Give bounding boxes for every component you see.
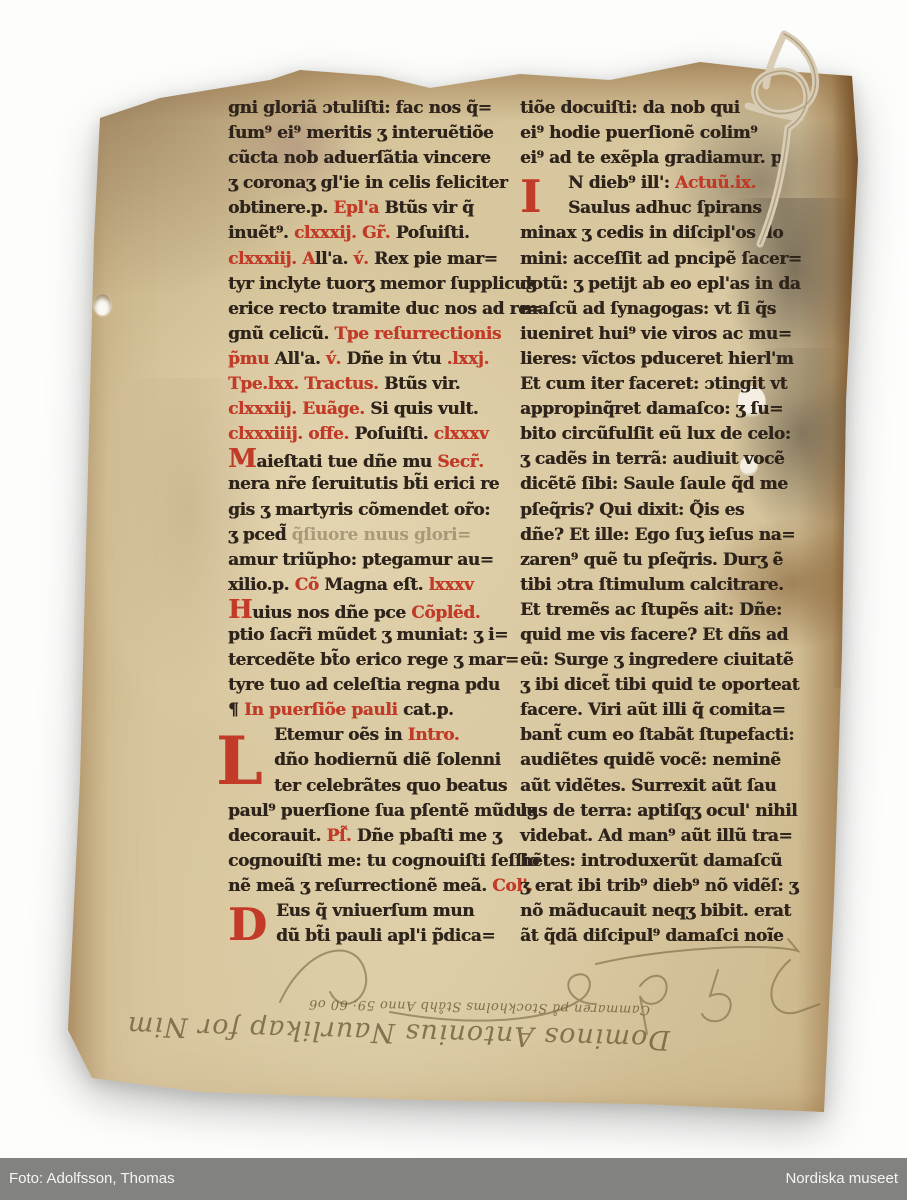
text-line: ʒ pced̃ q̃ſiuore nuus glori= [228,523,500,548]
text-block: LEtemur oẽs in Intro.dño hodiernũ diẽ ſo… [228,723,500,798]
body-text: dñe? Et ille: Ego ſuʒ ieſus na= [520,525,795,545]
body-text: tercedẽte bt̃o erico rege ʒ mar= [228,650,519,670]
museum-photo: gni gloriã ɔtuliſti: fac nos q̃=ſum⁹ ei⁹… [0,0,907,1200]
text-block: gni gloriã ɔtuliſti: fac nos q̃=ſum⁹ ei⁹… [228,96,500,723]
body-text: Rex pie mar= [374,249,497,269]
body-text: Et tremẽs ac ſtupẽs ait: Dñe: [520,600,782,620]
body-text: hẽtes: introduxerũt damaſcũ [520,851,782,871]
text-line: aũt vidẽtes. Surrexit aũt ſau [520,774,816,799]
text-block: paul⁹ puerſione ſua pſentẽ mũduʒdecoraui… [228,799,500,899]
body-text: nera nr̃e ſeruitutis bt̃i erici re [228,474,499,494]
text-line: gni gloriã ɔtuliſti: fac nos q̃= [228,96,500,121]
body-text: appropinq̃ret damaſco: ʒ ſu= [520,399,783,419]
body-text: uius nos dñe pce [252,603,411,623]
text-line: tyre tuo ad celeſtia regna pdu [228,673,500,698]
text-line: Et tremẽs ac ſtupẽs ait: Dñe: [520,598,816,623]
text-line: erice recto tramite duc nos ad re= [228,297,500,322]
rubric-text: Cõ [295,575,325,595]
text-line: cũcta nob aduerſãtia vincere [228,146,500,171]
body-text: Et cum iter faceret: ɔtingit vt [520,374,787,394]
body-text: ʒ ibi dicet̃ tibi quid te oporteat [520,675,799,695]
body-text: Magna eſt. [324,575,428,595]
text-line: appropinq̃ret damaſco: ʒ ſu= [520,397,816,422]
text-line: clxxxiij. All'a. v́. Rex pie mar= [228,247,500,272]
text-line: clxxxiiij. offe. Poſuiſti. clxxxv [228,422,500,447]
body-text: videbat. Ad man⁹ aũt illũ tra= [520,826,792,846]
text-line: maſcũ ad ſynagogas: vt ſi q̃s [520,297,816,322]
body-text: iueniret hui⁹ vie viros ac mu= [520,324,792,344]
museum-credit: Nordiska museet [785,1158,898,1200]
body-text: ʒ pced̃ [228,525,292,545]
body-text: quid me vis facere? Et dñs ad [520,625,788,645]
rubric-text: M [228,444,256,474]
binding-string [688,16,868,266]
body-text: q̃ſiuore nuus glori= [292,525,471,545]
body-text: gis ʒ martyris cõmendet or̃o: [228,500,490,520]
text-line: p̃mu All'a. v́. Dñe in v́tu .lxxj. [228,347,500,372]
rubric-text: In puerſiõe pauli [244,700,403,720]
binding-hole [94,294,111,315]
body-text: audiẽtes quidẽ vocẽ: neminẽ [520,750,781,770]
body-text: nẽ meã ʒ reſurrectionẽ meã. [228,876,492,896]
text-line: Tpe.lxx. Tractus. Btũs vir. [228,372,500,397]
rubric-text: v́. [354,249,375,269]
text-line: gnũ celicũ. Tpe reſurrectionis [228,322,500,347]
body-text: bito circũfulſit eũ lux de celo: [520,424,791,444]
rubric-text: v́. [326,349,347,369]
body-text: ll'a. [315,249,354,269]
body-text: cat.p. [403,700,454,720]
body-text: xilio.p. [228,575,295,595]
browned-left-edge [62,48,108,1140]
text-line: tyr inclyte tuorʒ memor ſupplicuʒ [228,272,500,297]
body-text: ʒ coronaʒ gl'ie in celis feliciter [228,173,507,193]
rubric-text: clxxxv [434,424,489,444]
text-line: iueniret hui⁹ vie viros ac mu= [520,322,816,347]
text-column-left: gni gloriã ɔtuliſti: fac nos q̃=ſum⁹ ei⁹… [228,96,500,949]
body-text: cũcta nob aduerſãtia vincere [228,148,490,168]
body-text: Poſuiſti. [396,223,470,243]
text-line: ¶ In puerſiõe pauli cat.p. [228,698,500,723]
text-line: amur triũpho: ptegamur au= [228,548,500,573]
text-line: zaren⁹ quẽ tu pſeq̃ris. Durʒ ẽ [520,548,816,573]
body-text: dño hodiernũ diẽ ſolenni [274,750,501,770]
rubric-text: p̃mu [228,349,275,369]
body-text: eũ: Surge ʒ ingredere ciuitatẽ [520,650,793,670]
body-text: amur triũpho: ptegamur au= [228,550,494,570]
body-text: erice recto tramite duc nos ad re= [228,299,542,319]
body-text: Dñe pbaſti me ʒ [357,826,502,846]
text-line: xilio.p. Cõ Magna eſt. lxxxv [228,573,500,598]
text-line: videbat. Ad man⁹ aũt illũ tra= [520,824,816,849]
text-block: minax ʒ cedis in diſcipl'os domini: acce… [520,221,816,949]
text-line: paul⁹ puerſione ſua pſentẽ mũduʒ [228,799,500,824]
text-line: ptio ſacr̃i mũdet ʒ muniat: ʒ i= [228,623,500,648]
body-text: Btũs vir q̃ [384,198,473,218]
text-line: lieres: vĩctos pduceret hierl'm [520,347,816,372]
credit-bar: Foto: Adolfsson, Thomas Nordiska museet [0,1158,907,1200]
body-text: aieſtati tue dñe mu [256,452,437,472]
body-text: Si quis vult. [370,399,478,419]
body-text: Btũs vir. [384,374,460,394]
text-line: tercedẽte bt̃o erico rege ʒ mar= [228,648,500,673]
body-text: ʒ erat ibi trib⁹ dieb⁹ nõ vidẽſ: ʒ [520,876,798,896]
text-line: Maieſtati tue dñe mu Secr̃. [228,447,500,472]
body-text: Etemur oẽs in [274,725,408,745]
text-line: Et cum iter faceret: ɔtingit vt [520,372,816,397]
rubric-text: Epl'a [333,198,384,218]
body-text: pſeq̃ris? Qui dixit: Q̃is es [520,500,744,520]
text-line: decorauit. Pſ̃. Dñe pbaſti me ʒ [228,824,500,849]
body-text: N dieb⁹ ill': [568,173,675,193]
rubric-text: Pſ̃. [326,826,356,846]
body-text: facere. Viri aũt illi q̃ comita= [520,700,785,720]
text-line: ʒ erat ibi trib⁹ dieb⁹ nõ vidẽſ: ʒ [520,874,816,899]
rubric-text: clxxxiiij. offe. [228,424,354,444]
text-line: lus de terra: aptiſqʒ ocul' nihil [520,799,816,824]
text-line: inuẽt⁹. clxxxij. Gr̃. Poſuiſti. [228,221,500,246]
rubric-text: Cõplẽd. [411,603,480,623]
rubric-text: Tpe.lxx. Tractus. [228,374,384,394]
text-line: nera nr̃e ſeruitutis bt̃i erici re [228,472,500,497]
text-line: cognouiſti me: tu cognouiſti ſeſſio [228,849,500,874]
text-line: gis ʒ martyris cõmendet or̃o: [228,498,500,523]
text-line: Huius nos dñe pce Cõplẽd. [228,598,500,623]
text-line: nõ mãducauit neqʒ bibit. erat [520,899,816,924]
text-line: quid me vis facere? Et dñs ad [520,623,816,648]
body-text: Eus q̃ vniuerſum mun [276,901,474,921]
rubric-text: H [228,595,252,625]
body-text: ¶ [228,700,244,720]
body-text: dicẽtẽ ſibi: Saule ſaule q̃d me [520,474,788,494]
rubric-text: clxxxij. Gr̃. [294,223,396,243]
body-text: paul⁹ puerſione ſua pſentẽ mũduʒ [228,801,536,821]
body-text: ter celebrãtes quo beatus [274,776,507,796]
body-text: inuẽt⁹. [228,223,294,243]
body-text: gnũ celicũ. [228,324,334,344]
browned-bottom-edge [62,1094,862,1140]
drop-cap-initial: I [520,173,566,221]
text-line: bant̃ cum eo ſtabãt ſtupefacti: [520,723,816,748]
body-text: zaren⁹ quẽ tu pſeq̃ris. Durʒ ẽ [520,550,783,570]
body-text: aũt vidẽtes. Surrexit aũt ſau [520,776,776,796]
text-line: ʒ ibi dicet̃ tibi quid te oporteat [520,673,816,698]
text-line: bito circũfulſit eũ lux de celo: [520,422,816,447]
body-text: tyre tuo ad celeſtia regna pdu [228,675,500,695]
text-line: hẽtes: introduxerũt damaſcũ [520,849,816,874]
text-line: ʒ coronaʒ gl'ie in celis feliciter [228,171,500,196]
body-text: gni gloriã ɔtuliſti: fac nos q̃= [228,98,491,118]
drop-cap-initial: L [216,726,270,796]
text-line: tibi ɔtra ſtimulum calcitrare. [520,573,816,598]
body-text: maſcũ ad ſynagogas: vt ſi q̃s [520,299,776,319]
text-line: clxxxiij. Euãge. Si quis vult. [228,397,500,422]
photographer-credit: Foto: Adolfsson, Thomas [9,1158,175,1200]
rubric-text: Intro. [408,725,460,745]
body-text: ʒ cadẽs in terrã: audiuit vocẽ [520,449,784,469]
rubric-text: lxxxv [429,575,474,595]
text-line: dotũ: ʒ petijt ab eo epl'as in da [520,272,816,297]
rubric-text: .lxxj. [447,349,489,369]
text-line: audiẽtes quidẽ vocẽ: neminẽ [520,748,816,773]
body-text: All'a. [275,349,326,369]
text-line: ſum⁹ ei⁹ meritis ʒ interuẽtiõe [228,121,500,146]
text-line: ʒ cadẽs in terrã: audiuit vocẽ [520,447,816,472]
body-text: cognouiſti me: tu cognouiſti ſeſſio [228,851,539,871]
rubric-text: Secr̃. [437,452,483,472]
text-line: obtinere.p. Epl'a Btũs vir q̃ [228,196,500,221]
body-text: Dñe in v́tu [346,349,446,369]
text-line: eũ: Surge ʒ ingredere ciuitatẽ [520,648,816,673]
body-text: dotũ: ʒ petijt ab eo epl'as in da [520,274,800,294]
text-line: pſeq̃ris? Qui dixit: Q̃is es [520,498,816,523]
body-text: decorauit. [228,826,326,846]
rubric-text: Tpe reſurrectionis [334,324,501,344]
text-line: dicẽtẽ ſibi: Saule ſaule q̃d me [520,472,816,497]
text-line: nẽ meã ʒ reſurrectionẽ meã. Col'. [228,874,500,899]
body-text: nõ mãducauit neqʒ bibit. erat [520,901,791,921]
body-text: obtinere.p. [228,198,333,218]
body-text: bant̃ cum eo ſtabãt ſtupefacti: [520,725,794,745]
body-text: lus de terra: aptiſqʒ ocul' nihil [520,801,797,821]
text-line: dñe? Et ille: Ego ſuʒ ieſus na= [520,523,816,548]
rubric-text: clxxxiij. A [228,249,315,269]
body-text: tibi ɔtra ſtimulum calcitrare. [520,575,784,595]
body-text: ptio ſacr̃i mũdet ʒ muniat: ʒ i= [228,625,508,645]
body-text: Poſuiſti. [354,424,433,444]
body-text: ſum⁹ ei⁹ meritis ʒ interuẽtiõe [228,123,493,143]
text-line: facere. Viri aũt illi q̃ comita= [520,698,816,723]
body-text: lieres: vĩctos pduceret hierl'm [520,349,793,369]
rubric-text: clxxxiij. Euãge. [228,399,370,419]
body-text: tyr inclyte tuorʒ memor ſupplicuʒ [228,274,535,294]
